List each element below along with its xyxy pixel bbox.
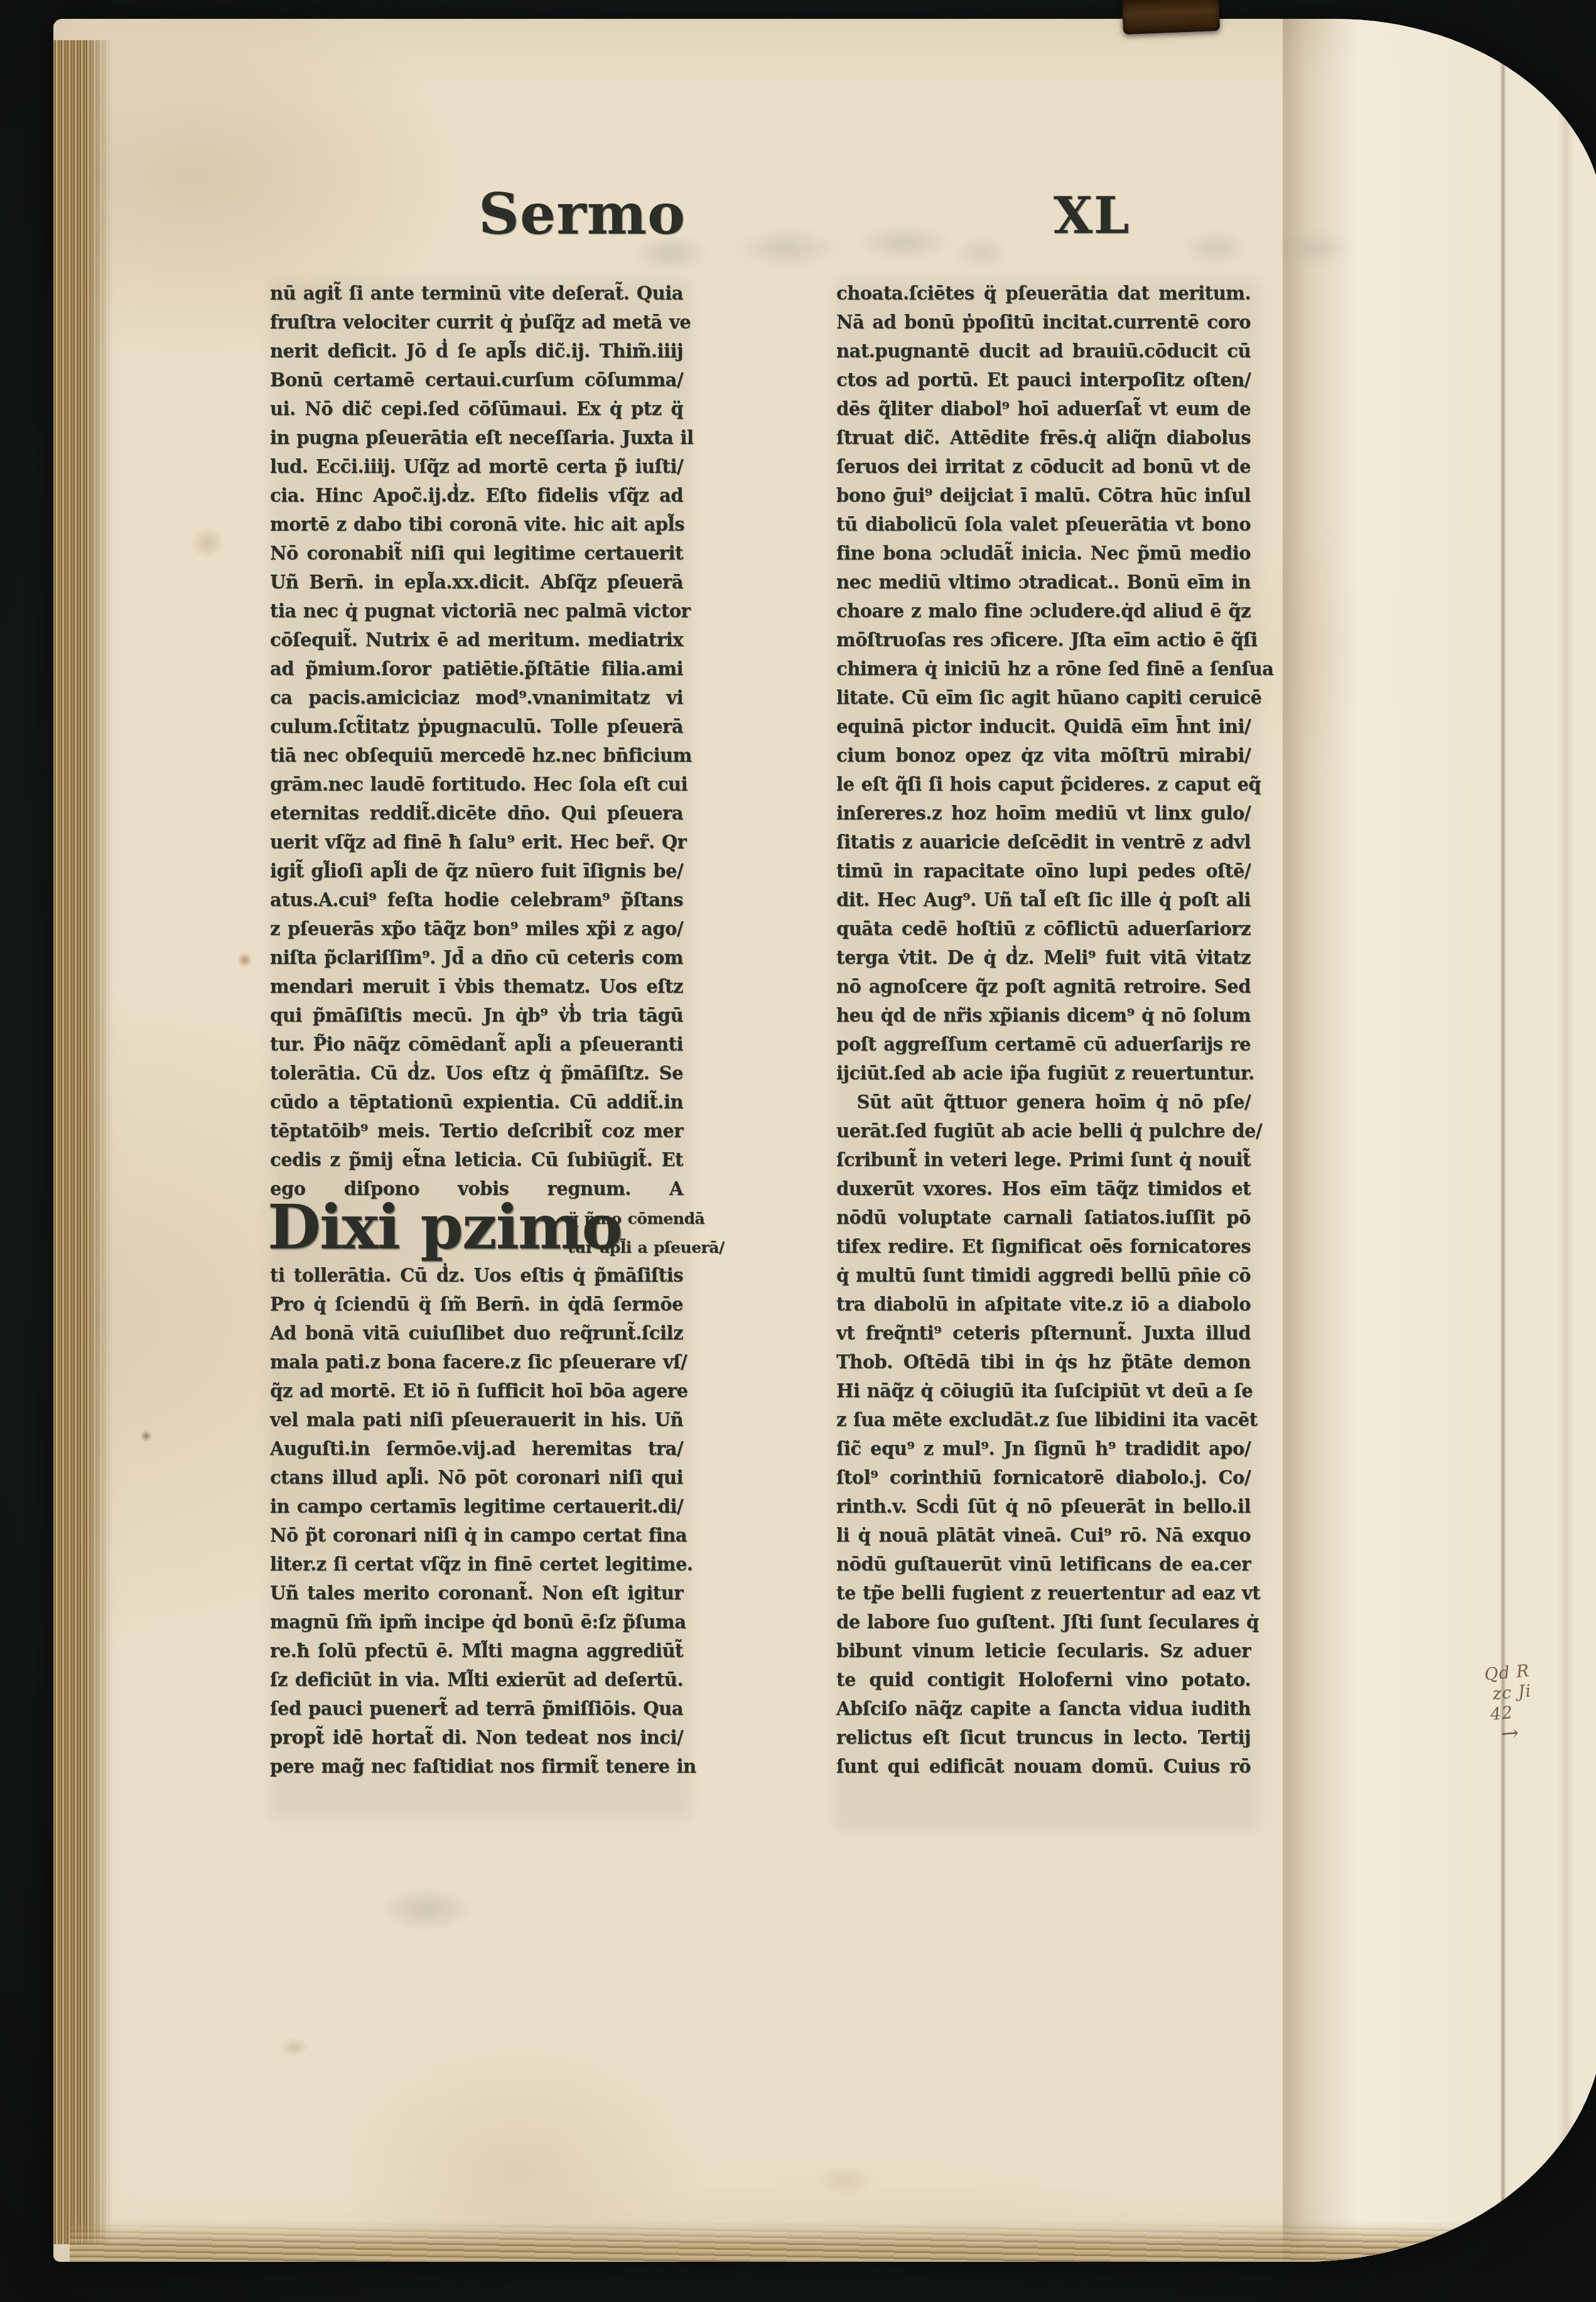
text-line: Thob. Oſtēdā tibi in q̇s hz p̃tāte demon — [836, 1348, 1251, 1376]
text-line: Uñ tales merito coronant̃. Non eſt igitu… — [270, 1579, 683, 1608]
text-line: equinā pictor inducit. Quidā eīm h̄nt in… — [836, 712, 1251, 741]
text-line: in pugna pſeuerātia eſt neceſſaria. Juxt… — [270, 423, 683, 452]
text-line: ſtol⁹ corinthiū fornicatorē diabolo.j. C… — [836, 1463, 1251, 1492]
text-line: heu q̇d de nr̃is xp̃ianis dicem⁹ q̇ nō ſ… — [836, 1001, 1251, 1030]
text-line: ca pacis.amiciciaz mod⁹.vnanimitatz vi — [270, 683, 683, 712]
text-line: duxerūt vxores. Hos eīm tāq̃z timidos et — [836, 1174, 1251, 1203]
text-line: mendari meruit ī v̓bis thematz. Uos eſtz — [270, 972, 683, 1001]
text-line: in campo certamīs legitime certauerit.di… — [270, 1492, 683, 1521]
printed-page-content: Sermo XL nū agit̃ ſi ante terminū vite d… — [0, 0, 1596, 2302]
text-line: mala pati.z bona facere.z ſic pſeuerare … — [270, 1348, 683, 1376]
text-line: ſunt qui edificāt nouam domū. Cuius rō — [836, 1752, 1251, 1781]
text-line: cūdo a tēptationū expientia. Cū addit̃.i… — [270, 1088, 683, 1116]
text-line: Hi nāq̃z q̇ cōiugiū ita ſuſcipiūt vt deū… — [836, 1376, 1251, 1405]
text-line: culum.ſct̃itatz p̓pugnaculū. Tolle pſeue… — [270, 712, 683, 741]
text-line: nerit deficit. Jō d̓ ſe apl̃s dic̃.ij. T… — [270, 337, 683, 365]
text-line: propt̃ idē hortat̃ di. Non tedeat nos in… — [270, 1723, 683, 1752]
text-line: vt freq̃nti⁹ ceteris pſternunt̃. Juxta i… — [836, 1319, 1251, 1348]
folio-number: XL — [1054, 186, 1130, 245]
text-line: qui p̃māſiſtis mecū. Jn q̇b⁹ v̓b̓ tria t… — [270, 1001, 683, 1030]
text-line: nōdū voluptate carnali ſatiatos.iuſſit p… — [836, 1203, 1251, 1232]
running-title: Sermo — [478, 181, 686, 247]
text-line: le eſt q̃ſi ſi hois caput p̃cideres. z c… — [836, 770, 1251, 799]
text-line: fruſtra velociter currit q̇ p̓uſq̃z ad m… — [270, 308, 683, 337]
text-line: Bonū certamē certaui.curſum cōſumma/ — [270, 365, 683, 394]
text-line: choare z malo fine ɔcludere.q̇d aliud ē … — [836, 597, 1251, 625]
text-line: fine bona ɔcludāt̃ inicia. Nec p̃mū medi… — [836, 539, 1251, 568]
text-line: pere mag̃ nec faſtidiat nos firmit̃ tene… — [270, 1752, 683, 1781]
text-line: ctans illud apl̃i. Nō pōt coronari niſi … — [270, 1463, 683, 1492]
text-line: terga v̓tit. De q̇ d̓z. Meli⁹ fuit vitā … — [836, 943, 1251, 972]
text-line: inſereres.z hoz hoīm mediū vt linx gulo/ — [836, 799, 1251, 828]
text-line: Abſciſo nāq̃z capite a ſancta vidua iudi… — [836, 1694, 1251, 1723]
section-heading-row: Dixi pzimo q̈ p̃mo cōmendā tur apl̃i a p… — [270, 1203, 683, 1261]
text-line: Nā ad bonū p̓poſitū incitat.currentē cor… — [836, 308, 1251, 337]
text-line: nat.pugnantē ducit ad brauiū.cōducit cū — [836, 337, 1251, 365]
text-line: li q̇ nouā plātāt vineā. Cui⁹ rō. Nā exq… — [836, 1521, 1251, 1550]
text-line: vel mala pati niſi pſeuerauerit in his. … — [270, 1405, 683, 1434]
text-line: te tp̃e belli fugient z reuertentur ad e… — [836, 1579, 1251, 1608]
text-line: ſeruos dei irritat z cōducit ad bonū vt … — [836, 452, 1251, 481]
marginalia-handwriting: Qd Rzc Ji42→ — [1484, 1653, 1596, 1746]
text-line: tur. P̃io nāq̃z cōmēdant̃ apl̃i a pſeuer… — [270, 1030, 683, 1059]
heading-side-text: q̈ p̃mo cōmendā tur apl̃i a pſeuerā/ — [568, 1204, 683, 1262]
text-line: z ſua mēte excludāt.z ſue libidini ita v… — [836, 1405, 1251, 1434]
text-line: timū in rapacitate oīno lupi pedes oſtē/ — [836, 856, 1251, 885]
text-line: uerāt.ſed fugiūt ab acie belli q̇ pulchr… — [836, 1116, 1251, 1145]
text-line: atus.A.cui⁹ feſta hodie celebram⁹ p̃ſtan… — [270, 885, 683, 914]
text-line: relictus eſt ſicut truncus in lecto. Ter… — [836, 1723, 1251, 1752]
text-line: dit. Hec Aug⁹. Uñ tal̃ eſt ſic ille q̇ p… — [836, 885, 1251, 914]
text-line: uerit vſq̃z ad finē ħ ſalu⁹ erit. Hec be… — [270, 828, 683, 856]
text-line: ſed pauci puenert̃ ad terrā p̃miſſiōis. … — [270, 1694, 683, 1723]
text-line: ui. Nō dic̃ cepi.ſed cōſūmaui. Ex q̇ ptz… — [270, 394, 683, 423]
text-line: re.ħ ſolū pfectū ē. Ml̃ti magna aggrediū… — [270, 1636, 683, 1665]
text-column-left: nū agit̃ ſi ante terminū vite deſerat̃. … — [270, 279, 683, 1781]
text-line: de labore ſuo guſtent. Jſti ſunt ſecular… — [836, 1608, 1251, 1636]
text-line: q̇ multū ſunt timidi aggredi bellū pn̄ie… — [836, 1261, 1251, 1290]
text-line: ſtruat dic̃. Attēdite frēs.q̇ aliq̃n dia… — [836, 423, 1251, 452]
text-line: Sūt aūt q̃ttuor genera hoīm q̇ nō pſe/ — [836, 1088, 1251, 1116]
text-line: nec mediū vltimo ɔtradicat.. Bonū eīm in — [836, 568, 1251, 597]
text-line: cium bonoz opez q̇z vita mōſtrū mirabi/ — [836, 741, 1251, 770]
text-line: ſz deficiūt in via. Ml̃ti exierūt ad deſ… — [270, 1665, 683, 1694]
text-line: chimera q̇ iniciū hz a rōne ſed finē a ſ… — [836, 654, 1251, 683]
text-line: cia. Hinc Apoc̃.ij.d̓z. Eſto fidelis vſq… — [270, 481, 683, 510]
text-line: magnū ſm̃ ipm̃ incipe q̇d bonū ē:ſz p̃ſu… — [270, 1608, 683, 1636]
text-line: igit̃ gl̃ioſi apl̃i de q̃z nūero fuit īſ… — [270, 856, 683, 885]
left-column-upper-lines: nū agit̃ ſi ante terminū vite deſerat̃. … — [270, 279, 683, 1203]
text-line: Nō p̃t coronari niſi q̇ in campo certat … — [270, 1521, 683, 1550]
text-line: choata.ſciētes q̈ pſeuerātia dat meritum… — [836, 279, 1251, 308]
text-line: eternitas reddit̃.dicēte dn̄o. Qui pſeue… — [270, 799, 683, 828]
text-line: ſic̃ equ⁹ z mul⁹. Jn ſignū h⁹ tradidit a… — [836, 1434, 1251, 1463]
text-line: nōdū guſtauerūt vinū letificans de ea.ce… — [836, 1550, 1251, 1579]
text-line: ctos ad portū. Et pauci interpoſitz oſte… — [836, 365, 1251, 394]
text-line: tū diabolicū ſola valet pſeuerātia vt bo… — [836, 510, 1251, 539]
text-line: grām.nec laudē fortitudo. Hec ſola eſt c… — [270, 770, 683, 799]
text-line: litate. Cū eīm ſic agit hūano capiti cer… — [836, 683, 1251, 712]
text-line: Auguſti.in ſermōe.vij.ad heremitas tra/ — [270, 1434, 683, 1463]
text-line: tia nec q̇ pugnat victoriā nec palmā vic… — [270, 597, 683, 625]
text-line: nū agit̃ ſi ante terminū vite deſerat̃. … — [270, 279, 683, 308]
text-line: quāta cedē hoſtiū z cōflictū aduerſarior… — [836, 914, 1251, 943]
text-line: ſcribunt̃ in veteri lege. Primi ſunt q̇ … — [836, 1145, 1251, 1174]
text-line: ijciūt.ſed ab acie ip̃a fugiūt z reuertu… — [836, 1059, 1251, 1088]
heading-side-line: tur apl̃i a pſeuerā/ — [568, 1238, 725, 1256]
text-line: ti tollerātia. Cū d̓z. Uos eſtis q̇ p̃mā… — [270, 1261, 683, 1290]
text-line: ad p̃mium.ſoror patiētie.p̃ſtātie filia.… — [270, 654, 683, 683]
text-line: nō agnoſcere q̃z poſt agnitā retroire. S… — [836, 972, 1251, 1001]
text-line: Pro q̇ ſciendū q̈ ſm̃ Bern̄. in q̇dā ſer… — [270, 1290, 683, 1319]
heading-side-line: q̈ p̃mo cōmendā — [568, 1209, 704, 1228]
book-photograph: Sermo XL nū agit̃ ſi ante terminū vite d… — [0, 0, 1596, 2302]
text-line: cedis z p̃mij et̃na leticia. Cū ſubiūgit… — [270, 1145, 683, 1174]
text-line: tra diabolū in aſpitate vite.z iō a diab… — [836, 1290, 1251, 1319]
text-line: dēs q̃liter diabol⁹ hoī aduerſat̃ vt eum… — [836, 394, 1251, 423]
leather-clasp-strap — [1122, 0, 1220, 35]
text-line: tēptatōib⁹ meis. Tertio deſcribit̃ coz m… — [270, 1116, 683, 1145]
text-line: Nō coronabit̃ niſi qui legitime certauer… — [270, 539, 683, 568]
text-line: tiā nec obſequiū mercedē hz.nec bn̄ficiu… — [270, 741, 683, 770]
text-line: Ad bonā vitā cuiuſlibet duo req̃runt̃.ſc… — [270, 1319, 683, 1348]
text-line: Uñ Bern̄. in epl̃a.xx.dicit. Abſq̃z pſeu… — [270, 568, 683, 597]
text-line: tolerātia. Cū d̓z. Uos eſtz q̇ p̃māſiſtz… — [270, 1059, 683, 1088]
text-line: cōſequit̃. Nutrix ē ad meritum. mediatri… — [270, 625, 683, 654]
text-column-right: choata.ſciētes q̈ pſeuerātia dat meritum… — [836, 279, 1251, 1781]
text-line: bibunt vinum leticie ſecularis. Sz aduer — [836, 1636, 1251, 1665]
text-line: bono ḡui⁹ deijciat ī malū. Cōtra hūc inſ… — [836, 481, 1251, 510]
text-line: z pſeuerās xp̃o tāq̃z bon⁹ miles xp̃i z … — [270, 914, 683, 943]
text-line: poſt aggreſſum certamē cū aduerſarijs re — [836, 1030, 1251, 1059]
text-line: tifex redire. Et ſignificat oēs fornicat… — [836, 1232, 1251, 1261]
left-column-lower-lines: ti tollerātia. Cū d̓z. Uos eſtis q̇ p̃mā… — [270, 1261, 683, 1781]
text-line: lud. Ecc̄i.iiij. Uſq̃z ad mortē certa p̃… — [270, 452, 683, 481]
right-column-lines: choata.ſciētes q̈ pſeuerātia dat meritum… — [836, 279, 1251, 1781]
text-line: q̃z ad mortē. Et iō n̄ ſufficit hoī bōa … — [270, 1376, 683, 1405]
text-line: niſta p̃clariſſim⁹. Jd̄ a dn̄o cū ceteri… — [270, 943, 683, 972]
text-line: rinth.v. Scd̓i ſūt q̇ nō pſeuerāt in bel… — [836, 1492, 1251, 1521]
text-line: te quid contigit Holoferni vino potato. — [836, 1665, 1251, 1694]
text-line: ſitatis z auaricie deſcēdit in ventrē z … — [836, 828, 1251, 856]
text-line: mortē z dabo tibi coronā vite. hic ait a… — [270, 510, 683, 539]
text-line: mōſtruoſas res ɔficere. Jſta eīm actio ē… — [836, 625, 1251, 654]
text-line: liter.z ſi certat vſq̃z in finē certet l… — [270, 1550, 683, 1579]
